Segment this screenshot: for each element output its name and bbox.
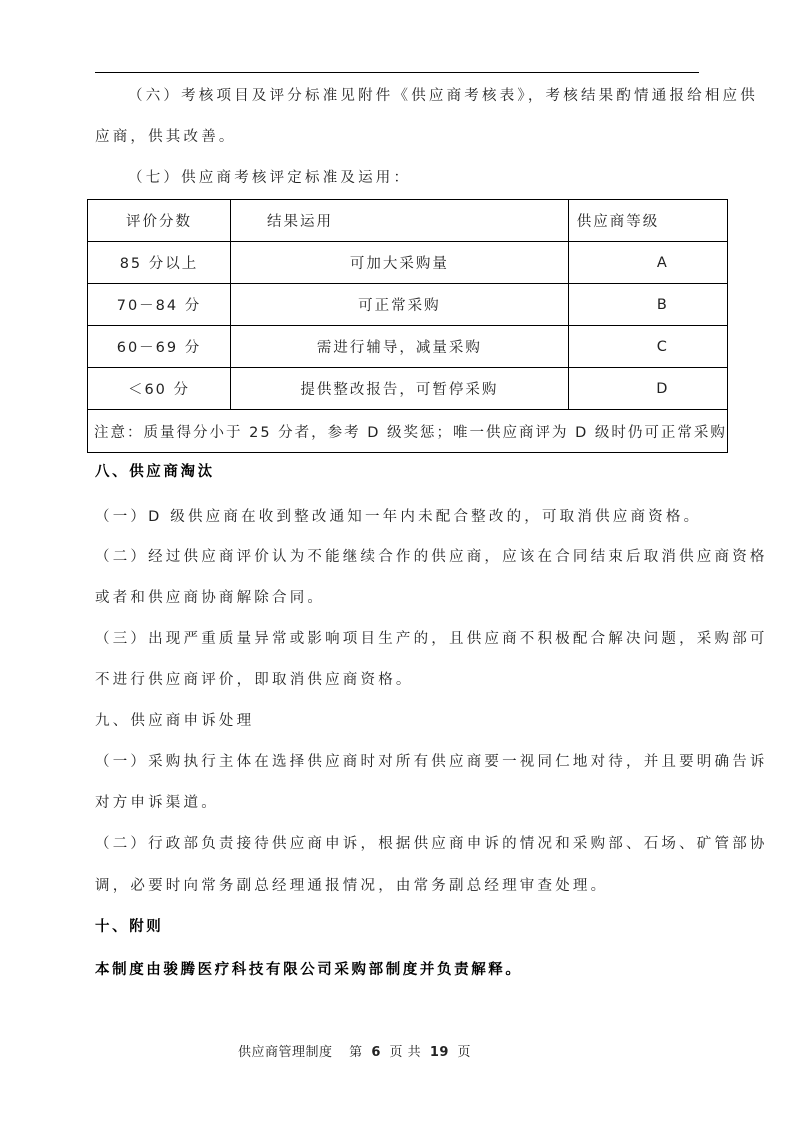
cell-usage: 可加大采购量 — [230, 242, 568, 284]
cell-grade: D — [568, 368, 727, 410]
section-8-title: 八、供应商淘汰 — [95, 462, 215, 482]
footer-total-prefix: 共 — [408, 1045, 422, 1060]
table-row: ＜60 分 提供整改报告，可暂停采购 D — [88, 368, 728, 410]
table-note: 注意：质量得分小于 25 分者，参考 D 级奖惩；唯一供应商评为 D 级时仍可正… — [88, 410, 728, 453]
section-10-title: 十、附则 — [95, 917, 163, 937]
header-grade: 供应商等级 — [568, 200, 727, 242]
cell-score: 85 分以上 — [88, 242, 231, 284]
footer-doc-name: 供应商管理制度 — [238, 1045, 333, 1060]
paragraph-7: （七）供应商考核评定标准及运用： — [128, 168, 411, 188]
section-8-item-2-line-1: （二）经过供应商评价认为不能继续合作的供应商，应该在合同结束后取消供应商资格 — [95, 547, 768, 567]
table-header-row: 评价分数 结果运用 供应商等级 — [88, 200, 728, 242]
table-note-row: 注意：质量得分小于 25 分者，参考 D 级奖惩；唯一供应商评为 D 级时仍可正… — [88, 410, 728, 453]
paragraph-6-line-2: 应商，供其改善。 — [95, 127, 237, 147]
section-9-item-1-line-2: 对方申诉渠道。 — [95, 793, 219, 813]
header-rule — [95, 72, 699, 73]
section-9-item-2-line-2: 调，必要时向常务副总经理通报情况，由常务副总经理审查处理。 — [95, 876, 608, 896]
cell-grade: A — [568, 242, 727, 284]
footer-total-pages: 19 — [430, 1045, 449, 1060]
table-row: 85 分以上 可加大采购量 A — [88, 242, 728, 284]
page-footer: 供应商管理制度 第 6 页 共 19 页 — [238, 1041, 471, 1060]
cell-score: ＜60 分 — [88, 368, 231, 410]
cell-score: 60－69 分 — [88, 326, 231, 368]
footer-total-unit: 页 — [458, 1045, 472, 1060]
table-row: 70－84 分 可正常采购 B — [88, 284, 728, 326]
section-8-item-2-line-2: 或者和供应商协商解除合同。 — [95, 588, 325, 608]
document-page: （六）考核项目及评分标准见附件《供应商考核表》，考核结果酌情通报给相应供 应商，… — [0, 0, 793, 1122]
footer-page-unit: 页 — [390, 1045, 404, 1060]
section-8-item-3-line-2: 不进行供应商评价，即取消供应商资格。 — [95, 670, 414, 690]
section-9-item-1-line-1: （一）采购执行主体在选择供应商时对所有供应商要一视同仁地对待，并且要明确告诉 — [95, 752, 768, 772]
header-score: 评价分数 — [88, 200, 231, 242]
section-9-title: 九、供应商申诉处理 — [95, 711, 254, 731]
cell-usage: 可正常采购 — [230, 284, 568, 326]
grade-table: 评价分数 结果运用 供应商等级 85 分以上 可加大采购量 A 70－84 分 … — [87, 199, 728, 453]
section-9-item-2-line-1: （二）行政部负责接待供应商申诉，根据供应商申诉的情况和采购部、石场、矿管部协 — [95, 834, 768, 854]
paragraph-6-line-1: （六）考核项目及评分标准见附件《供应商考核表》，考核结果酌情通报给相应供 — [128, 86, 758, 106]
header-usage: 结果运用 — [230, 200, 568, 242]
footer-page-number: 6 — [371, 1045, 381, 1060]
cell-grade: C — [568, 326, 727, 368]
cell-usage: 提供整改报告，可暂停采购 — [230, 368, 568, 410]
table-row: 60－69 分 需进行辅导，减量采购 C — [88, 326, 728, 368]
footer-page-prefix: 第 — [349, 1045, 363, 1060]
section-10-text: 本制度由骏腾医疗科技有限公司采购部制度并负责解释。 — [95, 960, 523, 980]
section-8-item-3-line-1: （三）出现严重质量异常或影响项目生产的，且供应商不积极配合解决问题，采购部可 — [95, 629, 768, 649]
section-8-item-1: （一）D 级供应商在收到整改通知一年内未配合整改的，可取消供应商资格。 — [95, 507, 701, 527]
cell-grade: B — [568, 284, 727, 326]
cell-usage: 需进行辅导，减量采购 — [230, 326, 568, 368]
cell-score: 70－84 分 — [88, 284, 231, 326]
